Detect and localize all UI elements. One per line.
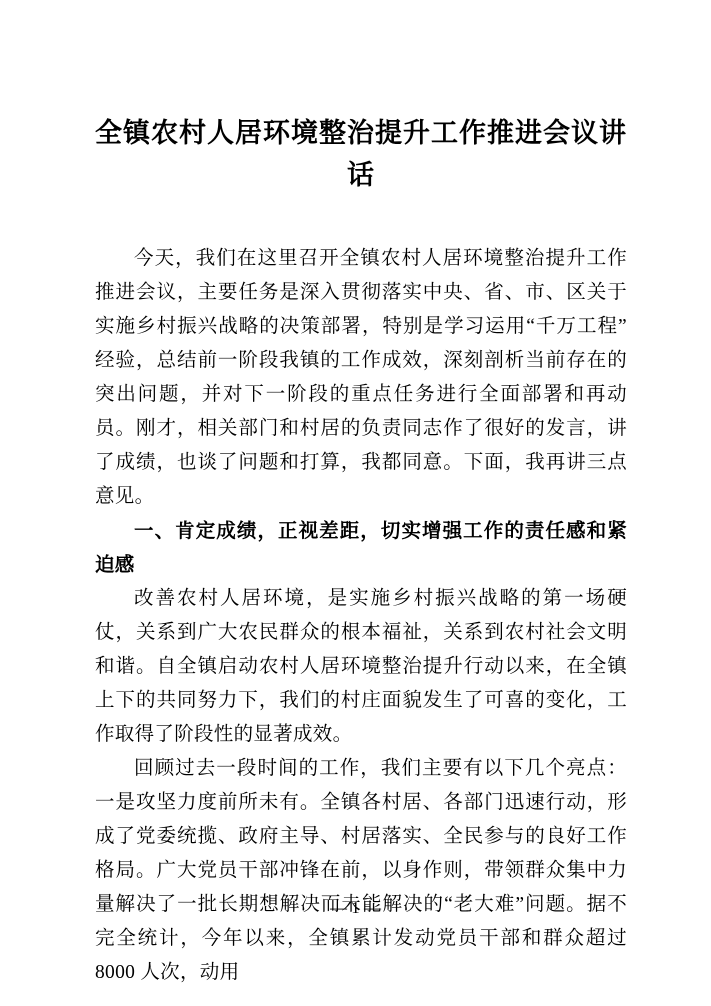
document-page: 全镇农村人居环境整治提升工作推进会议讲话 今天，我们在这里召开全镇农村人居环境整… bbox=[0, 0, 711, 1006]
document-content: 全镇农村人居环境整治提升工作推进会议讲话 今天，我们在这里召开全镇农村人居环境整… bbox=[95, 112, 627, 990]
document-title: 全镇农村人居环境整治提升工作推进会议讲话 bbox=[95, 112, 627, 196]
paragraph-achievements: 改善农村人居环境，是实施乡村振兴战略的第一场硬仗，关系到广大农民群众的根本福祉，… bbox=[95, 582, 627, 752]
paragraph-intro: 今天，我们在这里召开全镇农村人居环境整治提升工作推进会议，主要任务是深入贯彻落实… bbox=[95, 242, 627, 514]
section-heading-1: 一、肯定成绩，正视差距，切实增强工作的责任感和紧迫感 bbox=[95, 514, 627, 582]
page-number: — 1 — bbox=[0, 896, 711, 920]
paragraph-highlights: 回顾过去一段时间的工作，我们主要有以下几个亮点：一是攻坚力度前所未有。全镇各村居… bbox=[95, 752, 627, 990]
